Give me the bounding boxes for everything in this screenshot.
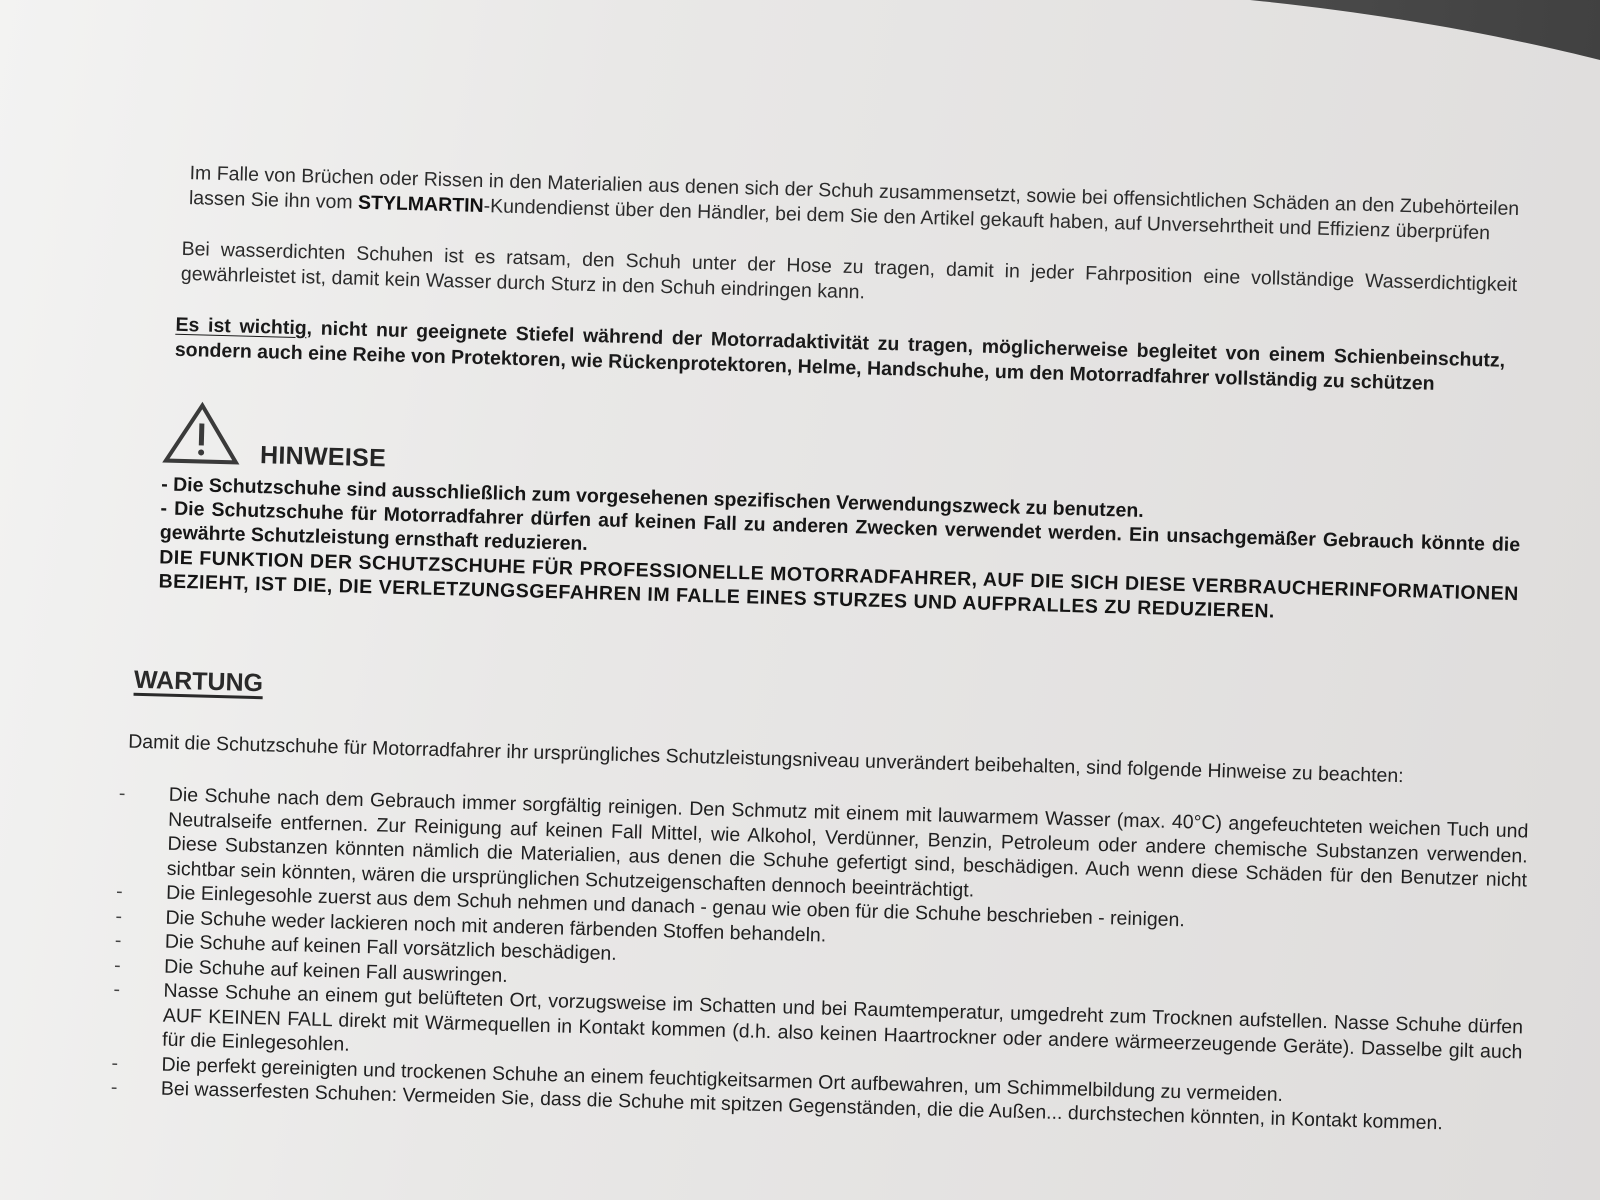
- wartung-intro: Damit die Schutzschuhe für Motorradfahre…: [128, 730, 1498, 792]
- important-label: Es ist wichtig: [175, 314, 307, 340]
- important-text: , nicht nur geeignete Stiefel während de…: [175, 317, 1506, 394]
- paragraph-damage: Im Falle von Brüchen oder Rissen in den …: [189, 161, 1520, 246]
- important-paragraph: Es ist wichtig, nicht nur geeignete Stie…: [175, 313, 1506, 398]
- brand-name: STYLMARTIN: [358, 191, 484, 216]
- paper-page: Im Falle von Brüchen oder Rissen in den …: [0, 0, 1600, 1200]
- document-body: Im Falle von Brüchen oder Rissen in den …: [150, 160, 1549, 198]
- hinweise-section: HINWEISE - Die Schutzschuhe sind ausschl…: [164, 400, 1524, 437]
- wartung-list: Die Schuhe nach dem Gebrauch immer sorgf…: [111, 781, 1529, 1138]
- warning-triangle-icon: [162, 400, 242, 466]
- paragraph-waterproof: Bei wasserdichten Schuhen ist es ratsam,…: [181, 237, 1518, 322]
- wartung-heading: WARTUNG: [134, 666, 264, 698]
- hinweise-heading: HINWEISE: [260, 441, 387, 473]
